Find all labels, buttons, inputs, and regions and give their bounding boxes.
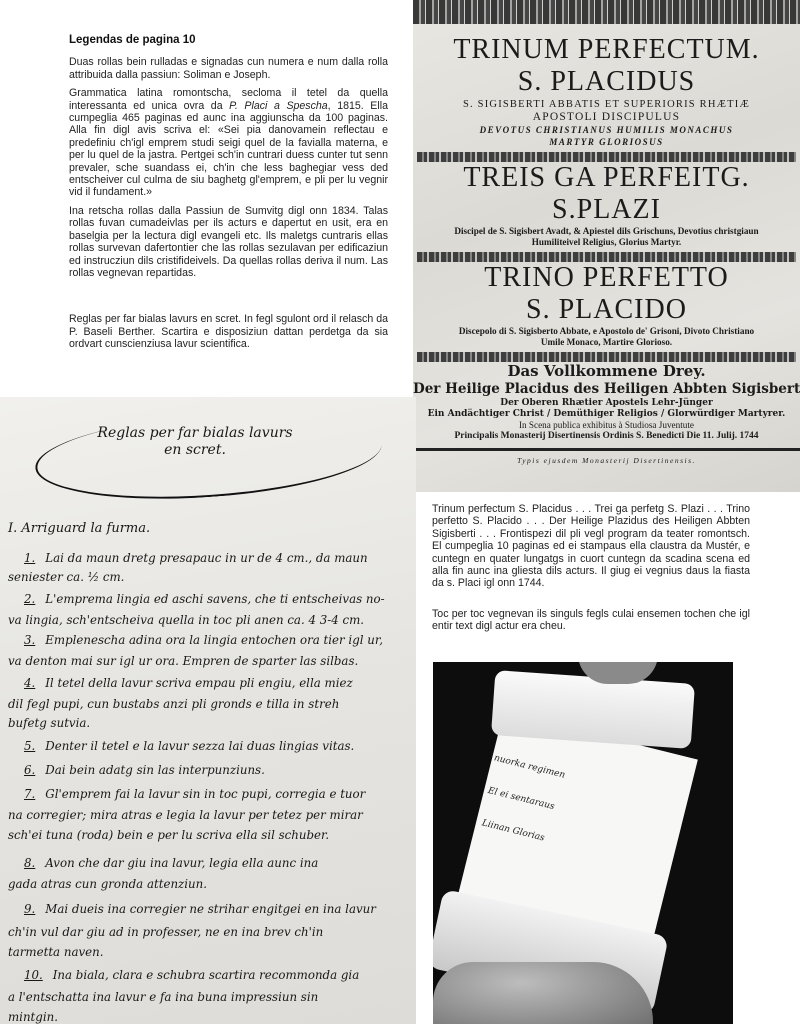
manuscript-line: 8.Avon che dar giu ina lavur, legia ella… (24, 855, 416, 871)
left-captions: Legendas de pagina 10 Duas rollas bein r… (69, 34, 388, 357)
manuscript-line: va denton mai sur igl ur ora. Empren de … (8, 653, 413, 669)
manuscript-line: 5.Denter il tetel e la lavur sezza lai d… (24, 738, 416, 754)
manuscript-title: Reglas per far bialas lavurs en scret. (95, 425, 295, 459)
manuscript-image: Reglas per far bialas lavurs en scret. I… (0, 397, 416, 1024)
ornament-border (417, 252, 796, 262)
manuscript-line: seniester ca. ½ cm. (8, 569, 413, 585)
manuscript-line: gada atras cun gronda attenziun. (8, 876, 413, 892)
scroll-photo: nuorka regimenEl ei sentarausLiinan Glor… (433, 662, 733, 1024)
manuscript-line: 9.Mai dueis ina corregier ne strihar eng… (24, 901, 416, 917)
manuscript-line: 10.Ina biala, clara e schubra scartira r… (24, 967, 416, 983)
italian-name: S. PLACIDO (413, 294, 800, 326)
ornament-border (413, 0, 800, 24)
manuscript-line: sch'ei tuna (roda) bein e per lu scriva … (8, 827, 413, 843)
frontispiece-image: TRINUM PERFECTUM. S. PLACIDUS S. SIGISBE… (413, 0, 800, 492)
italian-title: TRINO PERFETTO (413, 262, 800, 294)
manuscript-section: I. Arriguard la furma. (8, 521, 413, 537)
caption-retscha-rollas: Ina retscha rollas dalla Passiun de Sumv… (69, 205, 388, 279)
manuscript-line: 3.Emplenescha adina ora la lingia entoch… (24, 632, 416, 648)
manuscript-line: mintgin. (8, 1009, 413, 1024)
manuscript-line: 4.Il tetel della lavur scriva empau pli … (24, 675, 416, 691)
ornament-border (417, 152, 796, 162)
right-captions: Trinum perfectum S. Placidus . . . Trei … (432, 503, 750, 639)
manuscript-line: 7.Gl'emprem fai la lavur sin in toc pupi… (24, 786, 416, 802)
manuscript-line: va lingia, sch'entscheiva quella in toc … (8, 612, 413, 628)
manuscript-line: 2.L'emprema lingia ed aschi savens, che … (24, 591, 416, 607)
caption-toc-per-toc: Toc per toc vegnevan ils singuls fegls c… (432, 608, 750, 633)
scroll-roll-top (491, 670, 695, 749)
manuscript-line: 1.Lai da maun dretg presapauc in ur de 4… (24, 550, 416, 566)
manuscript-line: tarmetta naven. (8, 944, 413, 960)
hand (433, 962, 653, 1024)
romansh-name: S.PLAZI (413, 194, 800, 226)
caption-reglas: Reglas per far bialas lavurs en scret. I… (69, 313, 388, 350)
caption-rollas-signadas: Duas rollas bein rulladas e signadas cun… (69, 56, 388, 81)
caption-grammatica: Grammatica latina romontscha, secloma il… (69, 87, 388, 199)
romansh-title: TREIS GA PERFEITG. (413, 162, 800, 194)
manuscript-line: 6.Dai bein adatg sin las interpunziuns. (24, 762, 416, 778)
german-name: Der Heilige Placidus des Heiligen Abbten… (413, 380, 800, 398)
printer-line: Typis ejusdem Monasterij Disertinensis. (413, 455, 800, 467)
manuscript-line: na corregier; mira atras e legia la lavu… (8, 807, 413, 823)
manuscript-line: dil fegl pupi, cun bustabs anzi pli gron… (8, 696, 413, 712)
manuscript-line: ch'in vul dar giu ad in professer, ne en… (8, 924, 413, 940)
legend-heading: Legendas de pagina 10 (69, 34, 388, 46)
caption-frontispezi: Trinum perfectum S. Placidus . . . Trei … (432, 503, 750, 590)
latin-title: TRINUM PERFECTUM. (413, 34, 800, 66)
german-title: Das Vollkommene Drey. (413, 362, 800, 380)
author-name: P. Placi a Spescha (229, 100, 328, 112)
manuscript-line: bufetg sutvia. (8, 715, 413, 731)
manuscript-line: a l'entschatta ina lavur e fa ina buna i… (8, 989, 413, 1005)
ornament-border (417, 352, 796, 362)
latin-name: S. PLACIDUS (413, 66, 800, 98)
divider (413, 448, 800, 451)
